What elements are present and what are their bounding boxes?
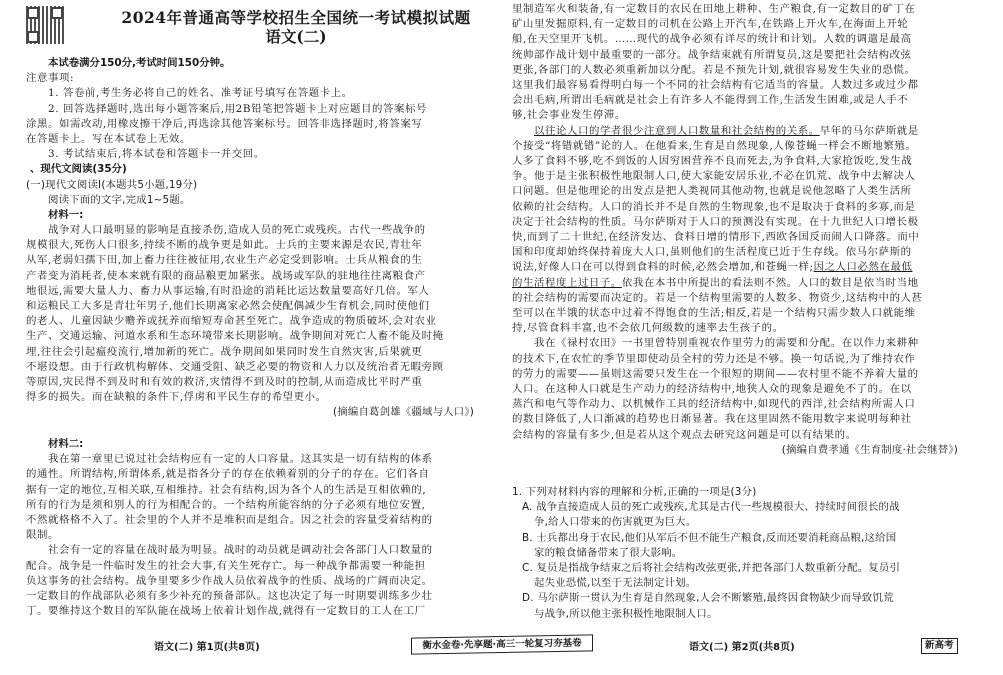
- paragraph-line: 人口。在这种人口就是生产动力的经济结构中,地狭人众的现象是避免不了的。在以: [512, 382, 958, 397]
- paragraph-line: 等原因,灾民得不到及时和有效的救济,灾情得不到及时的控制,从而造成比平时严重: [26, 375, 474, 390]
- paragraph-line: 一定数目的作战部队必须有多少补充的预备部队。这也决定了每一时期要训练多少壮: [26, 589, 474, 604]
- paragraph-line: 矿山里发掘原料,有一定数目的司机在公路上开汽车,在铁路上开火车,在海面上开轮: [512, 17, 958, 32]
- text-span: 说法,好像人口在可以得到食料的时候,必然会增加,和苍蝇一样;: [512, 261, 814, 273]
- underlined-key-sentence: 的生活程度上过日子。: [512, 277, 622, 289]
- paragraph-line: 战争对人口最明显的影响是直接杀伤,造成人员的死亡或残疾。古代一些战争的: [26, 223, 474, 238]
- paragraph-line: 持,尽管食料丰富,也不会依几何级数的速率去生孩子的。: [512, 321, 958, 336]
- paragraph-line: 依赖的社会结构。人口的消长并不是自然的生物现象,也不是取决于食料的多寡,而是: [512, 200, 958, 215]
- notice-2-cont: 涂黑。如需改动,用橡皮擦干净后,再选涂其他答案标号。回答非选择题时,将答案写: [26, 117, 474, 132]
- intro-block: 本试卷满分150分,考试时间150分钟。 注意事项: 1. 答卷前,考生务必将自…: [26, 56, 474, 223]
- paragraph-line: 地很远,需要大量人力、畜力从事运输,有时沿途的消耗比运达数量要高好几倍。军人: [26, 284, 474, 299]
- paragraph-line: 规模很大,死伤人口很多,持续不断的战争更是如此。士兵的主要来源是农民,青壮年: [26, 238, 474, 253]
- paragraph-line: 更张,各部门的人数必须重新加以分配。若是不预先计划,就很容易发生失业的恐慌。: [512, 63, 958, 78]
- option-d[interactable]: D. 马尔萨斯一贯认为生育是自然现象,人会不断繁殖,最终因食物缺少而导致饥荒: [512, 591, 958, 606]
- option-a-cont: 争,给人口带来的伤害就更为巨大。: [512, 515, 958, 530]
- question-stem: 1. 下列对材料内容的理解和分析,正确的一项是(3分): [512, 485, 958, 500]
- paragraph-line: 船,在天空里开飞机。……现代的战争必须有详尽的统计和计划。人数的调遣是最高: [512, 32, 958, 47]
- paragraph-line: 说法,好像人口在可以得到食料的时候,必然会增加,和苍蝇一样;因之人口必然在最低: [512, 260, 958, 275]
- paragraph-line: 配合。战争是一件临时发生的社会大事,有关生死存亡。每一种战争都需要一种能担: [26, 559, 474, 574]
- paragraph-line: 蒸汽和电气等作动力、以机械作工具的经济结构中,如现代的西洋,社会结构所需人口: [512, 397, 958, 412]
- option-a[interactable]: A. 战争直接造成人员的死亡或残疾,尤其是古代一些规模很大、持续时间很长的战: [512, 500, 958, 515]
- material-1-source: (摘编自葛剑雄《疆域与人口》): [26, 405, 474, 420]
- option-c[interactable]: C. 复员是指战争结束之后将社会结构改弦更张,并把各部门人数重新分配。复员引: [512, 561, 958, 576]
- paragraph-line: 埋,往往会引起瘟疫流行,增加新的死亡。战争期间如果同时发生自然灾害,后果就更: [26, 345, 474, 360]
- paragraph-line: 争。他于是主张积极性地限制人口,使大家能安居乐业,不必在饥荒、战争中去解决人: [512, 169, 958, 184]
- paragraph-line: 人多了食料不够,吃不到饭的人因穷困营养不良而死去,为争食料,大家抢饭吃,发生战: [512, 154, 958, 169]
- material-1-label: 材料一:: [26, 208, 474, 223]
- text-span: 依我在本书中所提出的看法则不然。人口的数目是依当时当地: [622, 277, 919, 289]
- paragraph-line: 我在第一章里已说过社会结构应有一定的人口容量。这其实是一切有结构的体系: [26, 452, 474, 467]
- text-span: 早年的马尔萨斯就是: [820, 125, 919, 137]
- paragraph-line: 口问题。但是他理论的出发点是把人类视同其他动物,也就是说他忽略了人类生活所: [512, 184, 958, 199]
- paragraph-line: 决定于社会结构的性质。马尔萨斯对于人口的预测没有实现。在十九世纪人口增长极: [512, 215, 958, 230]
- section-subtitle: (一)现代文阅读Ⅰ(本题共5小题,19分): [26, 178, 474, 193]
- paragraph-line: 产者变为消耗者,使本来就有限的商品粮更加紧张。战场或军队的驻地往往离粮食产: [26, 269, 474, 284]
- paragraph-line: 国和印度却始终保持着庞大人口,虽则他们的生活程度已近于生存线。依马尔萨斯的: [512, 245, 958, 260]
- paragraph-line: 丁。要维持这个数目的军队能在战场上依着计划作战,就得有一定数目的工人在工厂: [26, 604, 474, 619]
- paragraph-line: 的生活程度上过日子。依我在本书中所提出的看法则不然。人口的数目是依当时当地: [512, 276, 958, 291]
- section-title: 、现代文阅读(35分): [26, 162, 474, 177]
- question-1: 1. 下列对材料内容的理解和分析,正确的一项是(3分) A. 战争直接造成人员的…: [512, 485, 958, 622]
- section-instruction: 阅读下面的文字,完成1~5题。: [26, 193, 474, 208]
- paragraph-line: 负这事务的社会结构。战争里要多少作战人员依着战争的性质、战场的广阔而决定。: [26, 574, 474, 589]
- material-2-source: (摘编自费孝通《生育制度·社会继替》): [512, 443, 958, 458]
- page-2: 里制造军火和装备,有一定数目的农民在田地上耕种、生产粮食,有一定数目的矿丁在 矿…: [512, 0, 958, 675]
- page-2-footer: 语文(二) 第2页(共8页): [689, 638, 795, 653]
- material-2-label: 材料二:: [26, 437, 474, 452]
- score-line: 本试卷满分150分,考试时间150分钟。: [26, 56, 474, 71]
- paragraph-line: 里制造军火和装备,有一定数目的农民在田地上耕种、生产粮食,有一定数目的矿丁在: [512, 2, 958, 17]
- exam-subtitle: 语文(二): [116, 25, 476, 47]
- option-b[interactable]: B. 士兵都出身于农民,他们从军后不但不能生产粮食,反而还要消耗商品粮,这给国: [512, 531, 958, 546]
- paragraph-line: 的数目降低了,人口渐减的趋势也日渐显著。我在这里固然不能用数字来说明每种社: [512, 412, 958, 427]
- paragraph-line: 快,而到了二十世纪,在经济发达、食料日增的情形下,西欧各国反而闹人口降落。而中: [512, 230, 958, 245]
- underlined-key-sentence: 以往论人口的学者很少注意到人口数量和社会结构的关系。: [534, 125, 820, 137]
- notice-1: 1. 答卷前,考生务必将自己的姓名、准考证号填写在答题卡上。: [26, 86, 474, 101]
- option-c-cont: 起失业恐慌,以至于无法制定计划。: [512, 576, 958, 591]
- paragraph-line: 限制。: [26, 528, 474, 543]
- notice-3: 3. 考试结束后,将本试卷和答题卡一并交回。: [26, 147, 474, 162]
- paragraph-line: 社会有一定的容量在战时最为明显。战时的动员就是调动社会各部门人口数量的: [26, 543, 474, 558]
- paragraph-line: 至可以在半饿的状态中过着不得饱食的生活;相反,若是一个结构只需少数人口就能维: [512, 306, 958, 321]
- page-1: 2024年普通高等学校招生全国统一考试模拟试题 语文(二) 本试卷满分150分,…: [26, 0, 474, 675]
- material-2-text: 材料二: 我在第一章里已说过社会结构应有一定的人口容量。这其实是一切有结构的体系…: [26, 437, 474, 619]
- paragraph-line: 和运粮民工大多是青壮年男子,他们长期离家必然会使配偶减少生育机会,同时使他们: [26, 299, 474, 314]
- paragraph-line: 统帅部作战计划中最重要的一部分。战争结束就有所谓复员,这是要把社会结构改弦: [512, 48, 958, 63]
- paragraph-line: 的通性。所谓结构,所谓体系,就是指各分子的存在依赖着别的分子的存在。它们各自: [26, 467, 474, 482]
- paragraph-line: 所有的行为是须和别人的行为相配合的。一个结构所能容纳的分子必须有地位安置,: [26, 498, 474, 513]
- paragraph-line: 会结构的容量有多少,但是若从这个观点去研究这问题是可以有结果的。: [512, 428, 958, 443]
- notice-2-cont2: 在答题卡上。写在本试卷上无效。: [26, 132, 474, 147]
- material-1-text: 战争对人口最明显的影响是直接杀伤,造成人员的死亡或残疾。古代一些战争的 规模很大…: [26, 223, 474, 421]
- paragraph-line: 的老人、儿童因缺少赡养或抚养而缩短寿命甚至死亡。战争造成的物质破坏,会对农业: [26, 314, 474, 329]
- notice-2: 2. 回答选择题时,选出每小题答案后,用2B铅笔把答题卡上对应题目的答案标号: [26, 102, 474, 117]
- paragraph-line: 生产、交通运输、河道水系和生态环境带来长期影响。战争期间对死亡人畜不能及时掩: [26, 329, 474, 344]
- page-1-footer: 语文(二) 第1页(共8页): [154, 638, 260, 653]
- option-d-cont: 与战争,所以他主张积极性地限制人口。: [512, 607, 958, 622]
- paragraph-line: 个接受“将错就错”论的人。在他看来,生育是自然现象,人像苍蝇一样会不断地繁殖。: [512, 139, 958, 154]
- paragraph-line: 不堪设想。由于行政机构解体、交通受阻、缺乏必要的物资和人力以及统治者无暇旁顾: [26, 360, 474, 375]
- paragraph-line: 以往论人口的学者很少注意到人口数量和社会结构的关系。早年的马尔萨斯就是: [512, 124, 958, 139]
- paragraph-line: 会出毛病,所谓出毛病就是社会上有许多人不能得到工作,生活发生困难,或是人手不: [512, 93, 958, 108]
- paragraph-line: 够,社会事业发生停滞。: [512, 108, 958, 123]
- paragraph-line: 得多的损失。而在缺粮的条件下,俘虏和平民生存的希望更小。: [26, 390, 474, 405]
- paragraph-line: 的社会结构的需要而决定的。若是一个结构里需要的人数多、物资少,这结构中的人甚: [512, 291, 958, 306]
- paragraph-line: 这里我们最容易看得明白每一个不同的社会结构有它适当的容量。人数过多或过少都: [512, 78, 958, 93]
- qr-code-icon[interactable]: [26, 6, 64, 44]
- exam-type-badge: 新高考: [921, 638, 958, 654]
- paragraph-line: 我在《禄村农田》一书里曾特别重视农作里劳力的需要和分配。在以作力来耕种: [512, 336, 958, 351]
- underlined-key-sentence: 因之人口必然在最低: [814, 261, 913, 273]
- paragraph-line: 不然就格格不入了。社会里的个人并不是堆积而是组合。因之社会的容量受着结构的: [26, 513, 474, 528]
- option-b-cont: 家的粮食储备带来了很大影响。: [512, 546, 958, 561]
- material-2-continued: 里制造军火和装备,有一定数目的农民在田地上耕种、生产粮食,有一定数目的矿丁在 矿…: [512, 2, 958, 458]
- paragraph-line: 据有一定的地位,互相关联,互相维持。社会有结构,因为各个人的生活是互相依赖的,: [26, 483, 474, 498]
- notice-title: 注意事项:: [26, 71, 474, 86]
- paragraph-line: 从军,老弱妇孺下田,加上畜力往往被征用,农业生产必定受到影响。士兵从粮食的生: [26, 253, 474, 268]
- paragraph-line: 的劳力的需要——虽则这需要只发生在一个很短的期间——农村里不能不养着大量的: [512, 367, 958, 382]
- paragraph-line: 的技术下,在农忙的季节里即使动员全村的劳力还是不够。换一句话说,为了维持农作: [512, 352, 958, 367]
